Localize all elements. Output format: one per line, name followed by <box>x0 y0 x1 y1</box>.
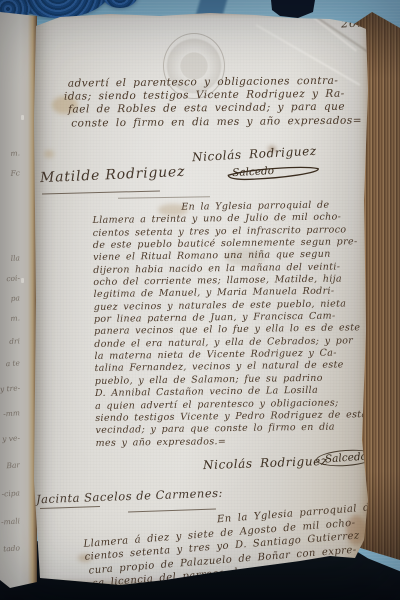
facing-text-fragment: -mali <box>0 517 20 526</box>
baptism-record-matilde: En la Yglesia parroquial de Llamera a tr… <box>92 199 375 450</box>
facing-text-fragment: -cipa <box>0 489 20 498</box>
facing-text-fragment: pa <box>0 294 20 303</box>
facing-text-fragment: -mm <box>0 409 20 418</box>
facing-text-fragment: m. <box>0 149 20 158</box>
facing-text-fragment: dri <box>0 337 20 346</box>
facing-page: m. Fc lla coi- pa m. dri a te y tre- -mm… <box>0 10 37 588</box>
binding-stitch <box>21 278 24 283</box>
paper-stain <box>44 150 54 158</box>
signature-rubric: Salcedo <box>232 159 275 180</box>
facing-text-fragment: a te <box>0 359 20 368</box>
binding-stitch <box>21 115 24 120</box>
register-page: 26. advertí el parentesco y obligaciones… <box>30 10 372 588</box>
facing-text-fragment: coi- <box>0 274 20 283</box>
facing-text-fragment: Fc <box>0 169 20 178</box>
facing-text-fragment: lla <box>0 254 20 263</box>
facing-text-fragment: m. <box>0 314 20 323</box>
facing-text-fragment: tado <box>0 544 20 553</box>
previous-record-end: advertí el parentesco y obligaciones con… <box>68 74 373 130</box>
register-photo: m. Fc lla coi- pa m. dri a te y tre- -mm… <box>0 0 400 600</box>
facing-text-fragment: y tre- <box>0 384 20 393</box>
facing-text-fragment: Bar <box>0 461 20 470</box>
facing-text-fragment: y ve- <box>0 434 20 443</box>
